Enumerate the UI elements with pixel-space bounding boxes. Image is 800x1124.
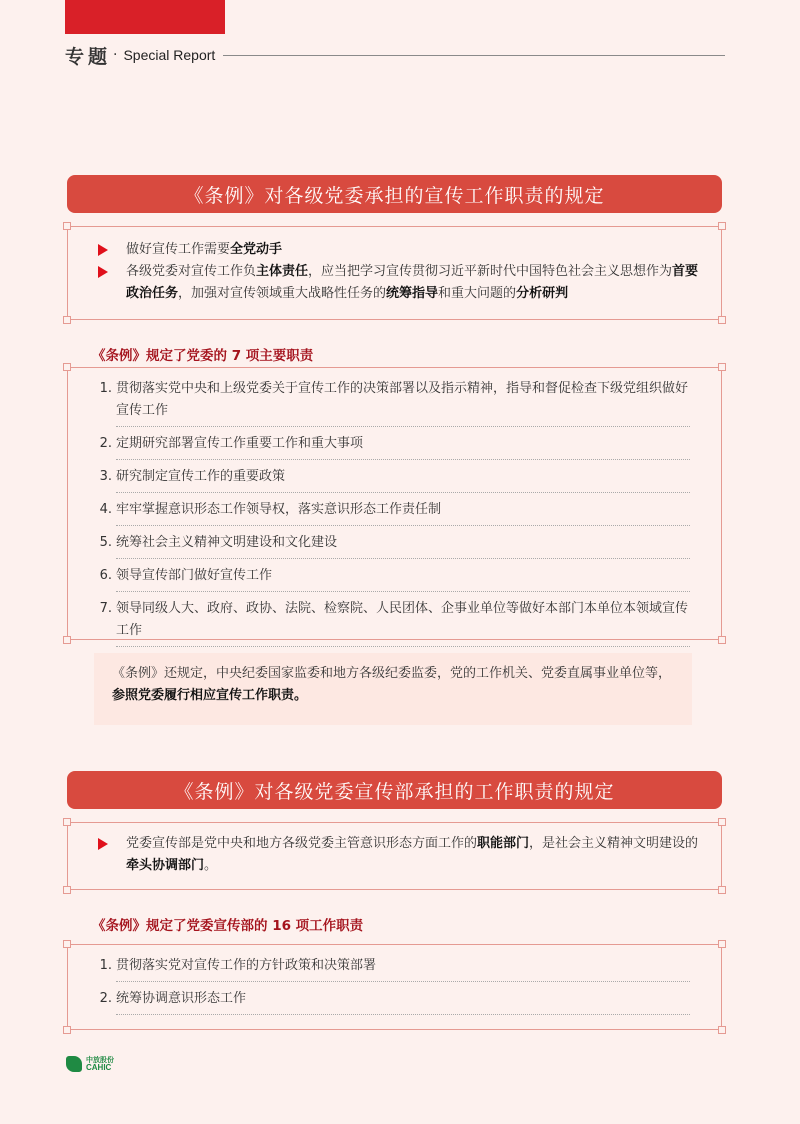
logo-text-en: CAHIC [86,1064,114,1072]
list-item: 7.领导同级人大、政府、政协、法院、检察院、人民团体、企事业单位等做好本部门本单… [76,598,721,653]
bullet-item: 党委宣传部是党中央和地方各级党委主管意识形态方面工作的职能部门，是社会主义精神文… [68,833,721,877]
frame-corner [63,316,71,324]
frame-corner [63,222,71,230]
list-item: 2.统筹协调意识形态工作 [76,988,721,1021]
frame-corner [718,818,726,826]
dept-duties-list: 1.贯彻落实党对宣传工作的方针政策和决策部署 2.统筹协调意识形态工作 [76,955,721,1021]
section1-list-frame: 1.贯彻落实党中央和上级党委关于宣传工作的决策部署以及指示精神，指导和督促检查下… [67,367,722,640]
list-item: 2.定期研究部署宣传工作重要工作和重大事项 [76,433,721,466]
duties-list: 1.贯彻落实党中央和上级党委关于宣传工作的决策部署以及指示精神，指导和督促检查下… [76,378,721,653]
section1-bullets-frame: 做好宣传工作需要全党动手 各级党委对宣传工作负主体责任，应当把学习宣传贯彻习近平… [67,226,722,320]
frame-corner [63,818,71,826]
section2-bullets-frame: 党委宣传部是党中央和地方各级党委主管意识形态方面工作的职能部门，是社会主义精神文… [67,822,722,890]
bullet-item: 做好宣传工作需要全党动手 [68,239,721,261]
section2-subtitle: 《条例》规定了党委宣传部的 16 项工作职责 [92,914,363,934]
frame-corner [718,222,726,230]
list-item: 3.研究制定宣传工作的重要政策 [76,466,721,499]
frame-corner [718,940,726,948]
frame-corner [63,940,71,948]
list-item: 5.统筹社会主义精神文明建设和文化建设 [76,532,721,565]
frame-corner [718,363,726,371]
header-title-cn: 专题 [65,42,111,69]
section1-subtitle: 《条例》规定了党委的 7 项主要职责 [92,344,313,364]
triangle-bullet-icon [98,266,108,278]
header-separator: · [113,47,117,63]
header-divider [223,55,725,56]
frame-corner [63,363,71,371]
cahic-logo: 中放股份 CAHIC [66,1056,114,1072]
section1-banner: 《条例》对各级党委承担的宣传工作职责的规定 [67,175,722,213]
frame-corner [63,1026,71,1034]
list-item: 4.牢牢掌握意识形态工作领导权，落实意识形态工作责任制 [76,499,721,532]
frame-corner [718,1026,726,1034]
section2-banner: 《条例》对各级党委宣传部承担的工作职责的规定 [67,771,722,809]
top-accent-bar [65,0,225,34]
frame-corner [718,636,726,644]
frame-corner [63,886,71,894]
list-item: 6.领导宣传部门做好宣传工作 [76,565,721,598]
list-item: 1.贯彻落实党对宣传工作的方针政策和决策部署 [76,955,721,988]
list-item: 1.贯彻落实党中央和上级党委关于宣传工作的决策部署以及指示精神，指导和督促检查下… [76,378,721,433]
cahic-logo-icon [66,1056,82,1072]
page-header: 专题 · Special Report [65,40,725,70]
bullet-item: 各级党委对宣传工作负主体责任，应当把学习宣传贯彻习近平新时代中国特色社会主义思想… [68,261,721,305]
frame-corner [63,636,71,644]
header-title-en: Special Report [123,47,215,63]
triangle-bullet-icon [98,244,108,256]
frame-corner [718,886,726,894]
frame-corner [718,316,726,324]
section2-list-frame: 1.贯彻落实党对宣传工作的方针政策和决策部署 2.统筹协调意识形态工作 [67,944,722,1030]
section1-note: 《条例》还规定，中央纪委国家监委和地方各级纪委监委，党的工作机关、党委直属事业单… [94,653,692,725]
triangle-bullet-icon [98,838,108,850]
